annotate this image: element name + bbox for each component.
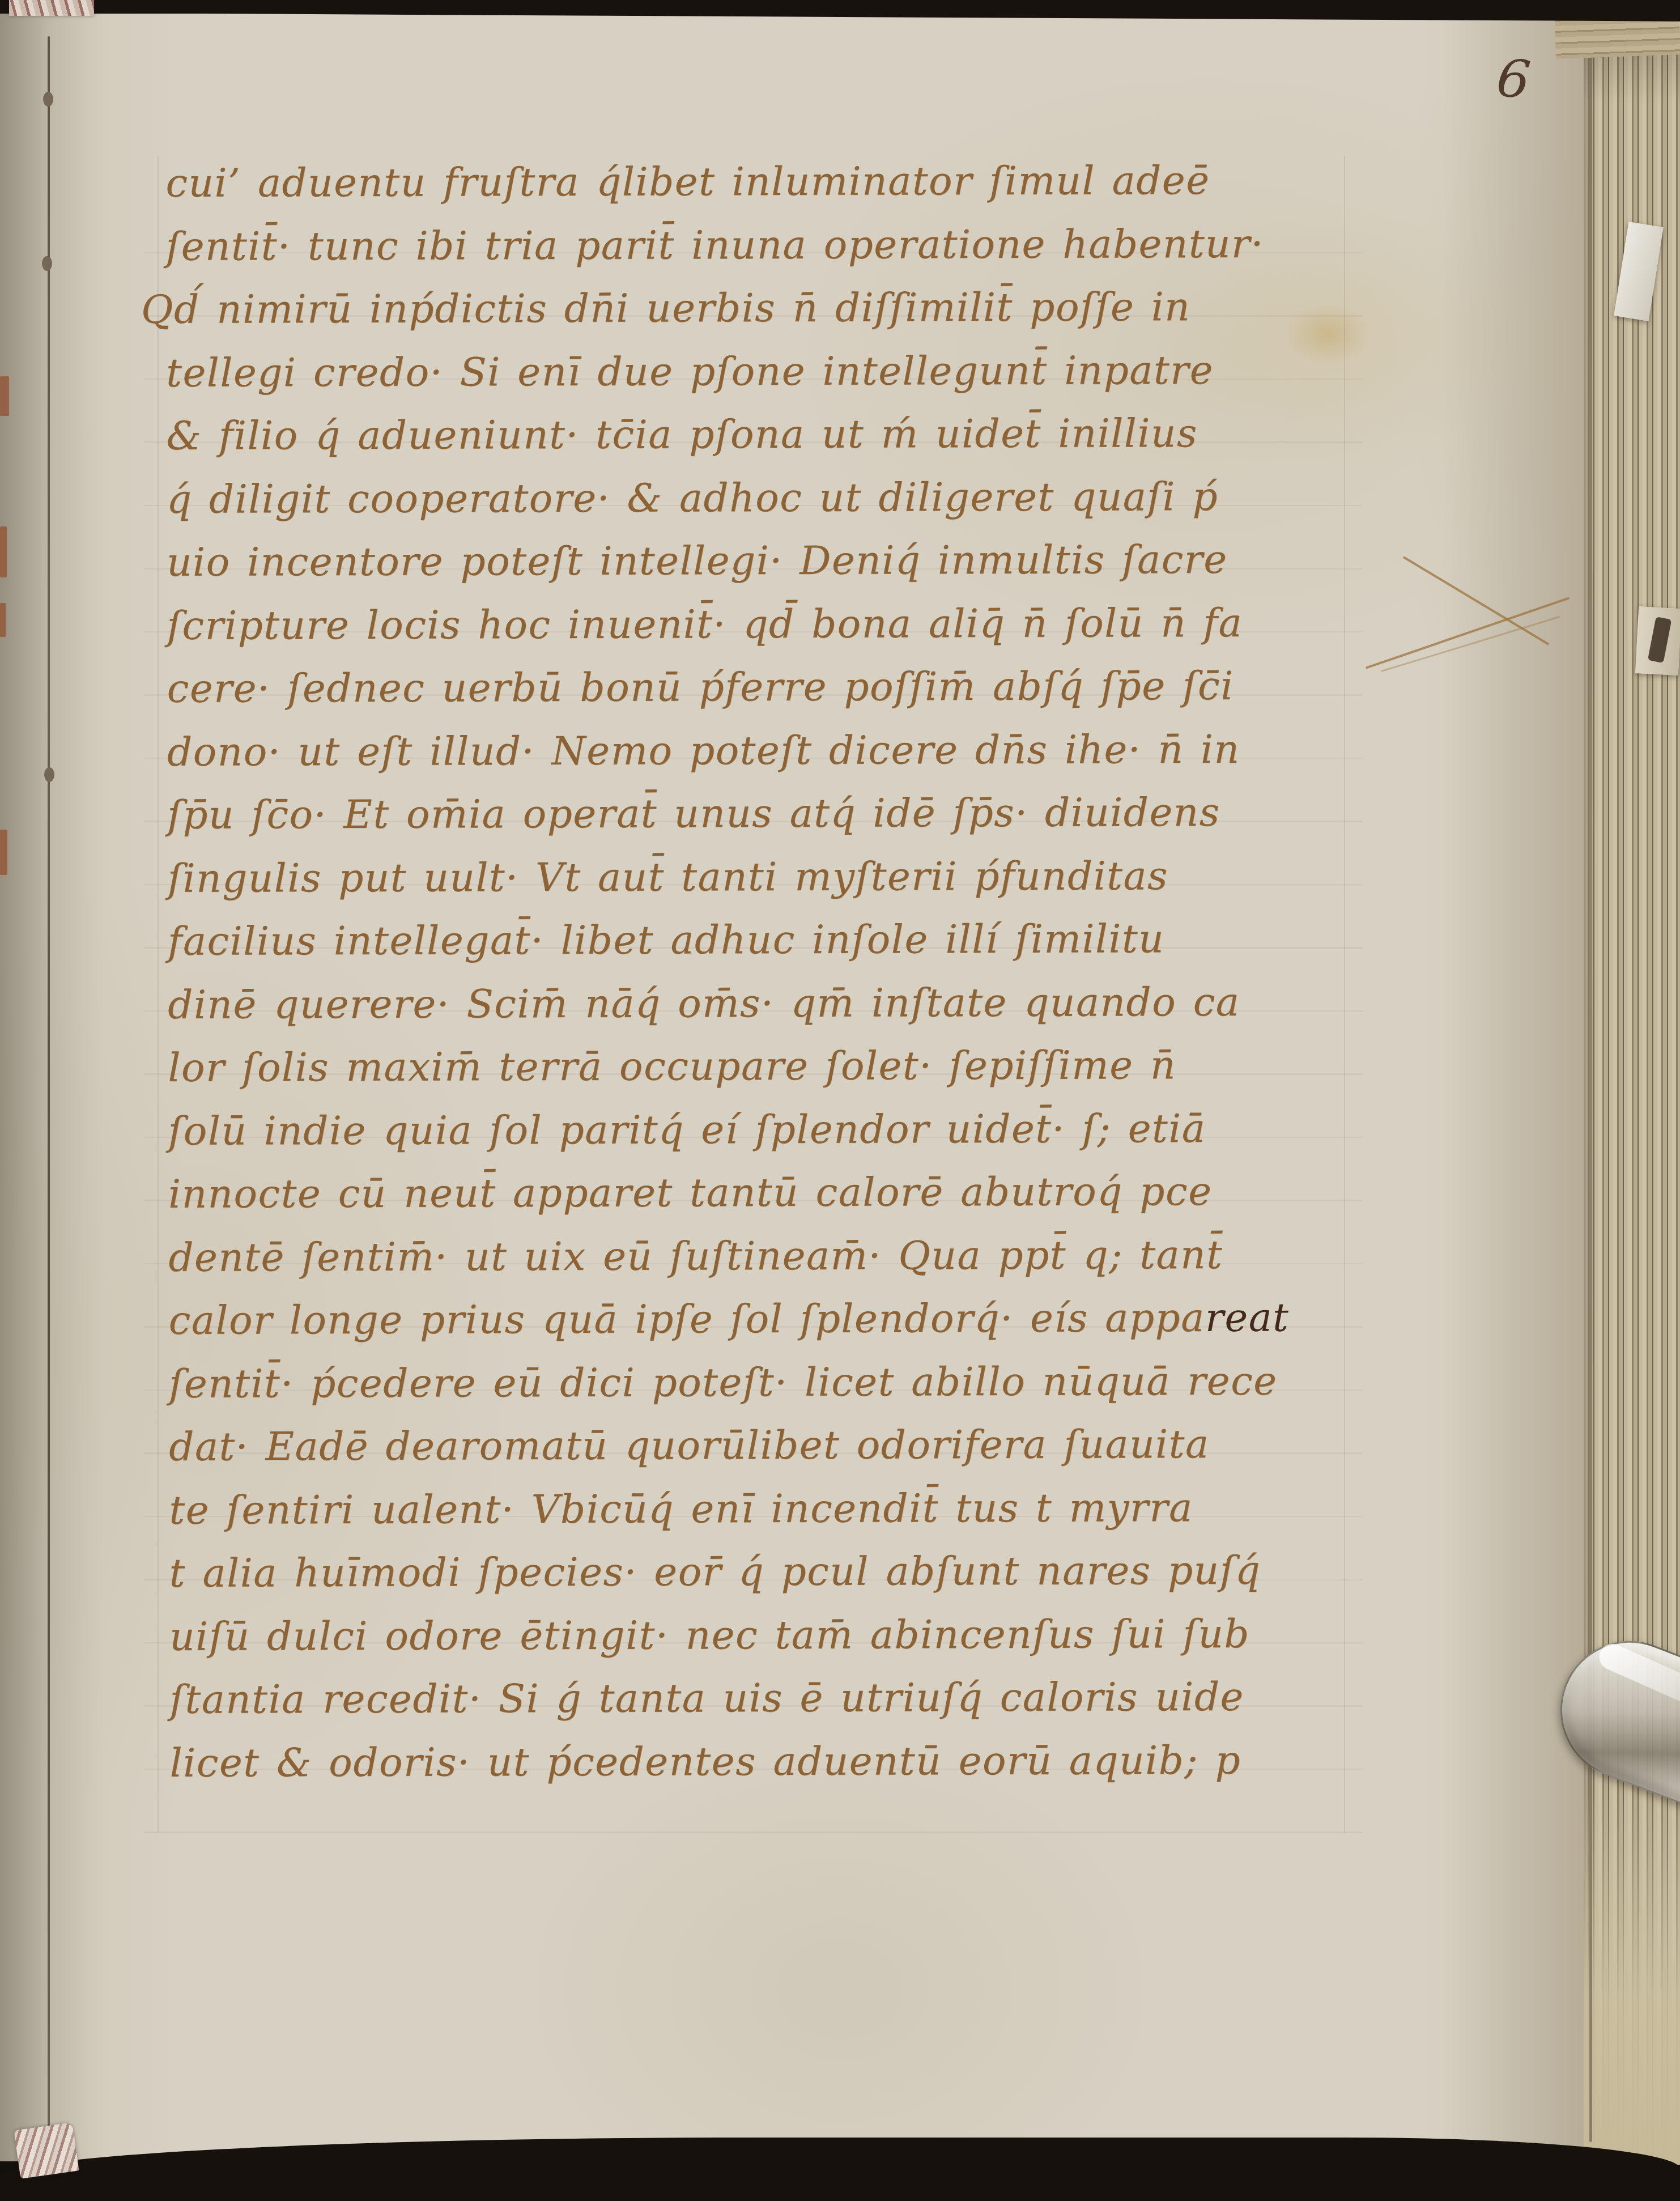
facing-page-glyph-fragment — [0, 526, 7, 577]
text-block: cui’ aduentu fruſtra q́libet inluminator… — [165, 147, 1383, 1793]
gutter-shadow — [0, 14, 108, 2161]
facing-page-glyph-fragment — [0, 376, 9, 416]
manuscript-text-line: dentē ſentim̄· ut uix eū ſuſtineam̄· Qua… — [168, 1221, 1381, 1288]
manuscript-text-line: ſentit̄· ṕcedere eū dici poteſt· licet a… — [169, 1348, 1381, 1414]
manuscript-text-line: lor ſolis maxim̄ terrā occupare ſolet· ſ… — [168, 1031, 1380, 1098]
manuscript-photo: 6 cui’ aduentu fruſtra q́libet inluminat… — [0, 0, 1680, 2201]
thread-knot — [43, 92, 53, 107]
manuscript-text-line: cui’ aduentu fruſtra q́libet inluminator… — [165, 147, 1378, 213]
manuscript-text-line: ſolū indie quia ſol paritq́ eí ſplendor … — [168, 1095, 1381, 1161]
thread-knot — [42, 256, 52, 271]
fore-edge-lower-curve — [1584, 1785, 1680, 2165]
marbled-endpaper-fragment — [14, 2122, 79, 2179]
facing-page-glyph-fragment — [0, 830, 7, 875]
manuscript-text-line: innocte cū neut̄ apparet tantū calorē ab… — [168, 1158, 1381, 1224]
manuscript-text-line: ſtantia recedit· Si ǵ tanta uis ē utriuſ… — [169, 1663, 1382, 1730]
background-bottom — [0, 2138, 1680, 2201]
manuscript-text-line: te ſentiri ualent· Vbicūq́ enī incendit̄… — [169, 1474, 1381, 1540]
manuscript-text-line: calor longe prius quā ipſe ſol ſplendorq… — [168, 1284, 1381, 1350]
manuscript-text-line: dat· Eadē dearomatū quorūlibet odorifera… — [169, 1410, 1381, 1477]
clip-highlight — [1595, 1640, 1680, 1733]
manuscript-text-line: ſentit̄· tunc ibi tria parit̄ inuna oper… — [166, 210, 1379, 277]
manuscript-text-line: uio incentore poteſt intellegi· Deniq́ i… — [167, 526, 1379, 592]
bookmark-tab-marked[interactable] — [1635, 606, 1680, 675]
marbled-endpaper-fragment — [9, 0, 94, 16]
manuscript-text-line: tellegi credo· Si enī due pſone intelleg… — [166, 337, 1379, 403]
manuscript-text-line: ſingulis put uult· Vt aut̄ tanti myſteri… — [167, 842, 1380, 908]
page-edge — [1589, 45, 1592, 2142]
manuscript-text-line: facilius intellegat̄· libet adhuc inſole… — [168, 905, 1380, 971]
fore-edge-shading — [1442, 14, 1589, 2161]
sewing-thread — [48, 36, 50, 2139]
folio-number: 6 — [1494, 47, 1533, 111]
manuscript-text-line: ſcripture locis hoc inuenit̄· qd̄ bona a… — [167, 589, 1379, 656]
manuscript-text-line: licet & odoris· ut ṕcedentes aduentū eor… — [170, 1727, 1383, 1793]
manuscript-text-line: t alia huīmodi ſpecies· eor̄ q́ pcul abſ… — [169, 1537, 1382, 1603]
facing-page-glyph-fragment — [0, 603, 6, 637]
manuscript-text-line: cere· ſednec uerbū bonū ṕferre poſſim̄ a… — [167, 652, 1380, 719]
manuscript-text-line: dinē querere· Scim̄ nāq́ om̄s· qm̄ inſta… — [168, 968, 1380, 1035]
manuscript-text-line: uiſū dulci odore ētingit· nec tam̄ abinc… — [169, 1600, 1382, 1667]
thread-knot — [44, 767, 54, 782]
manuscript-text: calor longe prius quā ipſe ſol ſplendorq… — [169, 1295, 1205, 1344]
ink-correction: reat — [1205, 1295, 1290, 1341]
tab-ink-mark — [1648, 617, 1672, 663]
manuscript-text-line: & filio q́ adueniunt· tc̄ia pſona ut ḿ u… — [166, 400, 1379, 466]
manuscript-text-line: q́ diligit cooperatore· & adhoc ut dilig… — [167, 463, 1379, 529]
manuscript-text-line: Qd́ nimirū inṕdictis dn̄i uerbis n̄ diſſ… — [141, 273, 1379, 339]
manuscript-text-line: ſp̄u ſc̄o· Et om̄ia operat̄ unus atq́ id… — [167, 779, 1380, 845]
left-margin-rule — [158, 155, 159, 1833]
manuscript-text-line: dono· ut eſt illud· Nemo poteſt dicere d… — [167, 716, 1380, 782]
